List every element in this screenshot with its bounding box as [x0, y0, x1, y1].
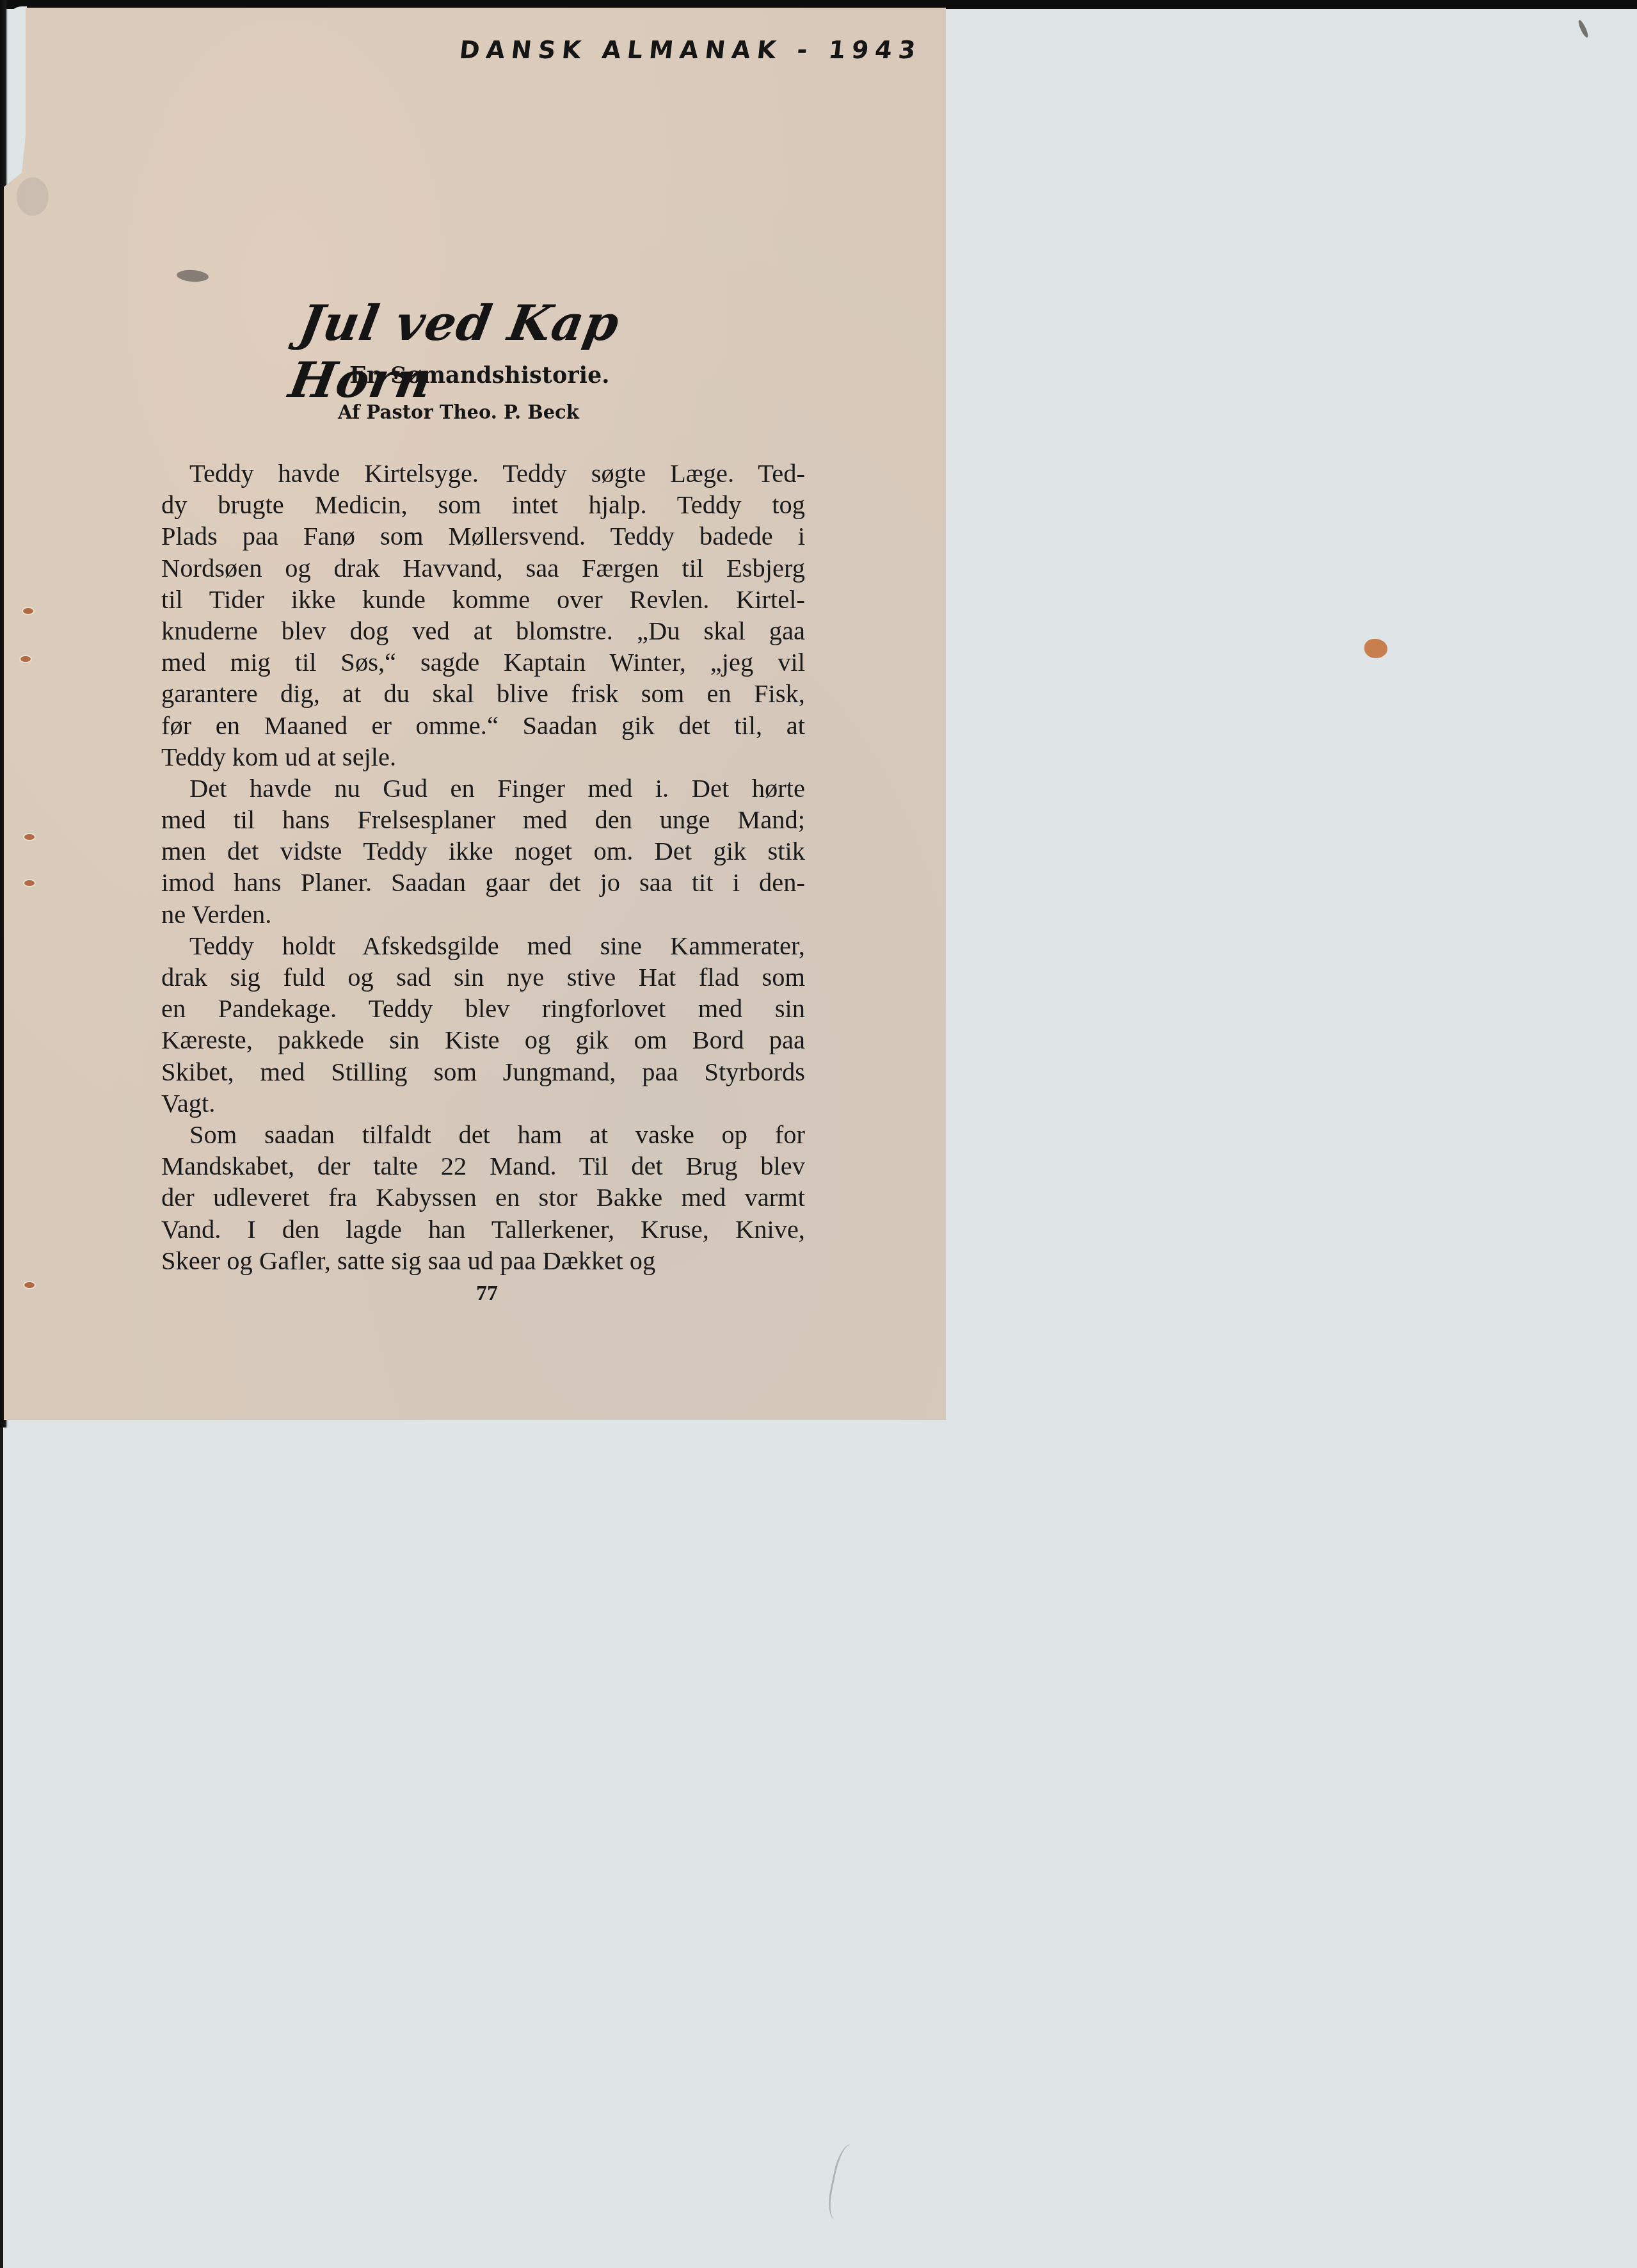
article-title: Jul ved Kap Horn: [285, 294, 689, 408]
crease-mark: [824, 2143, 867, 2223]
text-line: garantere dig, at du skal blive frisk so…: [161, 678, 805, 709]
rust-spot: [1364, 639, 1387, 658]
text-line: imod hans Planer. Saadan gaar det jo saa…: [161, 867, 805, 898]
text-line: Som saadan tilfaldt det ham at vaske op …: [161, 1119, 805, 1150]
text-line: Vagt.: [161, 1088, 805, 1119]
article-body: Teddy havde Kirtelsyge. Teddy søgte Læge…: [161, 458, 805, 1276]
text-line: før en Maaned er omme.“ Saadan gik det t…: [161, 710, 805, 741]
ink-mark: [1577, 19, 1590, 39]
text-line: ne Verden.: [161, 899, 805, 930]
article-byline: Af Pastor Theo. P. Beck: [338, 401, 579, 423]
scanner-bed-gap: [8, 6, 27, 173]
text-line: Teddy havde Kirtelsyge. Teddy søgte Læge…: [161, 458, 805, 489]
text-line: en Pandekage. Teddy blev ringforlovet me…: [161, 993, 805, 1024]
article-subtitle: En Sømandshistorie.: [349, 362, 609, 389]
text-line: Teddy kom ud at sejle.: [161, 741, 805, 773]
text-line: til Tider ikke kunde komme over Revlen. …: [161, 584, 805, 615]
paragraph: Det havde nu Gud en Finger med i. Det hø…: [161, 773, 805, 930]
text-line: der udleveret fra Kabyssen en stor Bakke…: [161, 1182, 805, 1213]
scan-border-top: [0, 0, 1637, 9]
text-line: Mandskabet, der talte 22 Mand. Til det B…: [161, 1150, 805, 1182]
text-line: Skibet, med Stilling som Jungmand, paa S…: [161, 1056, 805, 1088]
staple-hole: [24, 1282, 35, 1288]
smudge-mark: [17, 177, 49, 216]
staple-hole: [24, 834, 35, 840]
page-number: 77: [476, 1282, 498, 1306]
paragraph: Teddy holdt Afskedsgilde med sine Kammer…: [161, 930, 805, 1119]
text-line: med til hans Frelsesplaner med den unge …: [161, 804, 805, 835]
text-line: knuderne blev dog ved at blomstre. „Du s…: [161, 615, 805, 647]
smudge-mark: [176, 269, 209, 282]
text-line: med mig til Søs,“ sagde Kaptain Winter, …: [161, 647, 805, 678]
handwritten-note: DANSK ALMANAK - 1943: [458, 36, 923, 64]
text-line: Det havde nu Gud en Finger med i. Det hø…: [161, 773, 805, 804]
staple-hole: [20, 656, 31, 662]
staple-hole: [24, 880, 35, 886]
scanned-page: DANSK ALMANAK - 1943 Jul ved Kap Horn En…: [4, 8, 946, 1420]
paragraph: Som saadan tilfaldt det ham at vaske op …: [161, 1119, 805, 1276]
text-line: dy brugte Medicin, som intet hjalp. Tedd…: [161, 489, 805, 520]
text-line: Teddy holdt Afskedsgilde med sine Kammer…: [161, 930, 805, 961]
text-line: Plads paa Fanø som Møllersvend. Teddy ba…: [161, 520, 805, 552]
text-line: Kæreste, pakkede sin Kiste og gik om Bor…: [161, 1024, 805, 1056]
text-line: Vand. I den lagde han Tallerkener, Kruse…: [161, 1214, 805, 1245]
paragraph: Teddy havde Kirtelsyge. Teddy søgte Læge…: [161, 458, 805, 773]
text-line: Nordsøen og drak Havvand, saa Færgen til…: [161, 552, 805, 584]
scan-border-left-lower: [0, 1428, 3, 2268]
text-line: men det vidste Teddy ikke noget om. Det …: [161, 835, 805, 867]
staple-hole: [23, 608, 33, 614]
text-line: drak sig fuld og sad sin nye stive Hat f…: [161, 961, 805, 993]
text-line: Skeer og Gafler, satte sig saa ud paa Dæ…: [161, 1245, 805, 1276]
